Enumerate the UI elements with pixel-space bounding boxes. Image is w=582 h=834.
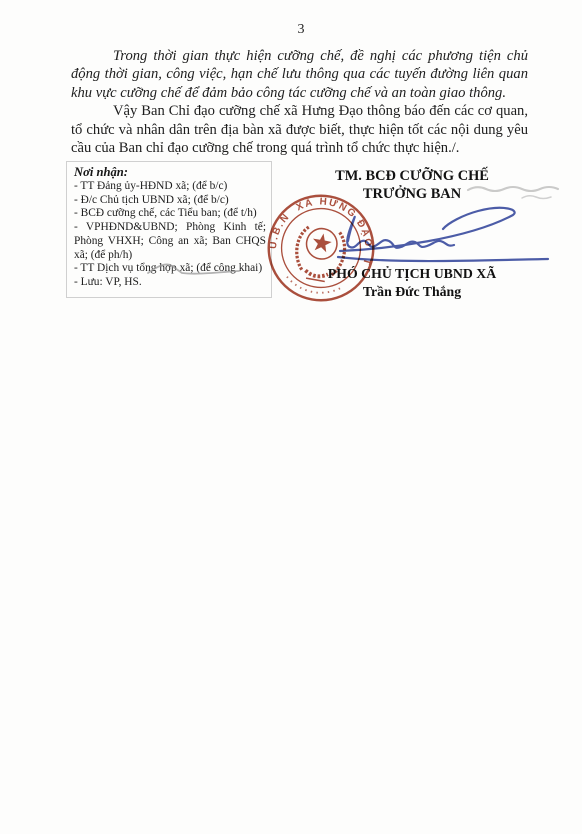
document-page: { "page": { "number": "3", "paragraphs":… <box>0 0 582 834</box>
recipient-item: - VPHĐND&UBND; Phòng Kinh tế; Phòng VHXH… <box>74 221 266 262</box>
signer-name: Trần Đức Thắng <box>296 284 528 300</box>
signer-title: PHÓ CHỦ TỊCH UBND XÃ <box>296 266 528 282</box>
body-paragraph-2: Vậy Ban Chỉ đạo cưỡng chế xã Hưng Đạo th… <box>71 102 528 157</box>
recipient-item: - Đ/c Chủ tịch UBND xã; (để b/c) <box>74 194 266 208</box>
body-text: Trong thời gian thực hiện cưỡng chế, đề … <box>71 47 528 157</box>
recipient-item: - TT Đảng ủy-HĐND xã; (để b/c) <box>74 180 266 194</box>
body-paragraph-1: Trong thời gian thực hiện cưỡng chế, đề … <box>71 47 528 102</box>
recipient-item: - BCĐ cưỡng chế, các Tiểu ban; (để t/h) <box>74 207 266 221</box>
recipients-header: Nơi nhận: <box>74 165 266 180</box>
initials-mark <box>142 259 244 281</box>
page-number: 3 <box>20 22 582 38</box>
handwritten-signature <box>318 197 554 271</box>
